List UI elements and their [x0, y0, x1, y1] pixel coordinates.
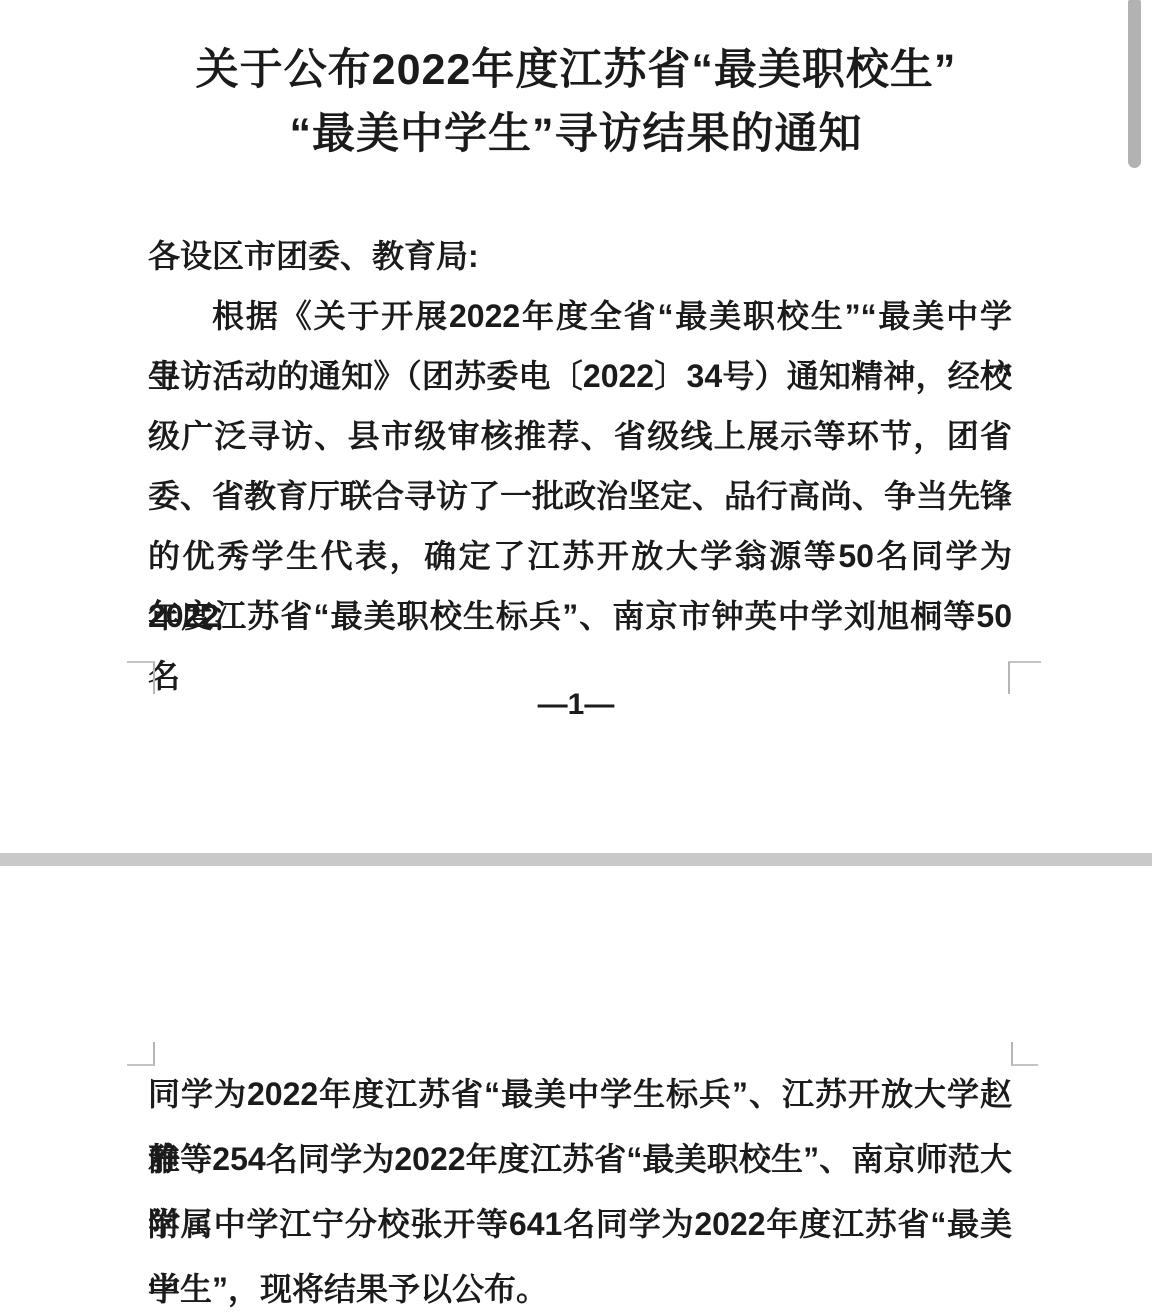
margin-corner-mark	[1011, 1042, 1038, 1066]
margin-corner-mark	[127, 1042, 155, 1066]
body-line: 雅等254名同学为2022年度江苏省“最美职校生”、南京师范大学	[148, 1127, 1012, 1192]
salutation-line: 各设区市团委、教育局:	[148, 226, 1012, 286]
scrollbar-thumb[interactable]	[1128, 0, 1141, 168]
margin-corner-mark	[127, 661, 155, 694]
document-title: 关于公布2022年度江苏省“最美职校生” “最美中学生”寻访结果的通知	[0, 0, 1152, 166]
title-line-2: “最美中学生”寻访结果的通知	[0, 102, 1152, 166]
body-line: 同学为2022年度江苏省“最美中学生标兵”、江苏开放大学赵静	[148, 1062, 1012, 1127]
title-line-1: 关于公布2022年度江苏省“最美职校生”	[0, 38, 1152, 102]
body-line: 级广泛寻访、县市级审核推荐、省级线上展示等环节，团省	[148, 406, 1012, 466]
body-line: 附属中学江宁分校张开等641名同学为2022年度江苏省“最美中	[148, 1192, 1012, 1257]
body-line: 学生”，现将结果予以公布。	[148, 1257, 1012, 1314]
body-line: 年度江苏省“最美职校生标兵”、南京市钟英中学刘旭桐等50名	[148, 586, 1012, 646]
document-page-1: 关于公布2022年度江苏省“最美职校生” “最美中学生”寻访结果的通知 各设区市…	[0, 0, 1152, 853]
body-line: 委、省教育厅联合寻访了一批政治坚定、品行高尚、争当先锋	[148, 466, 1012, 526]
document-page-2: 同学为2022年度江苏省“最美中学生标兵”、江苏开放大学赵静 雅等254名同学为…	[0, 866, 1152, 1314]
margin-corner-mark	[1008, 661, 1041, 694]
body-line: 寻访活动的通知》（团苏委电〔2022〕34号）通知精神，经校	[148, 346, 1012, 406]
page2-body: 同学为2022年度江苏省“最美中学生标兵”、江苏开放大学赵静 雅等254名同学为…	[148, 866, 1012, 1314]
body-line: 根据《关于开展2022年度全省“最美职校生”“最美中学生”	[148, 286, 1012, 346]
page-separator	[0, 853, 1152, 866]
page1-body: 各设区市团委、教育局: 根据《关于开展2022年度全省“最美职校生”“最美中学生…	[148, 226, 1012, 646]
body-line: 的优秀学生代表，确定了江苏开放大学翁源等50名同学为2022	[148, 526, 1012, 586]
